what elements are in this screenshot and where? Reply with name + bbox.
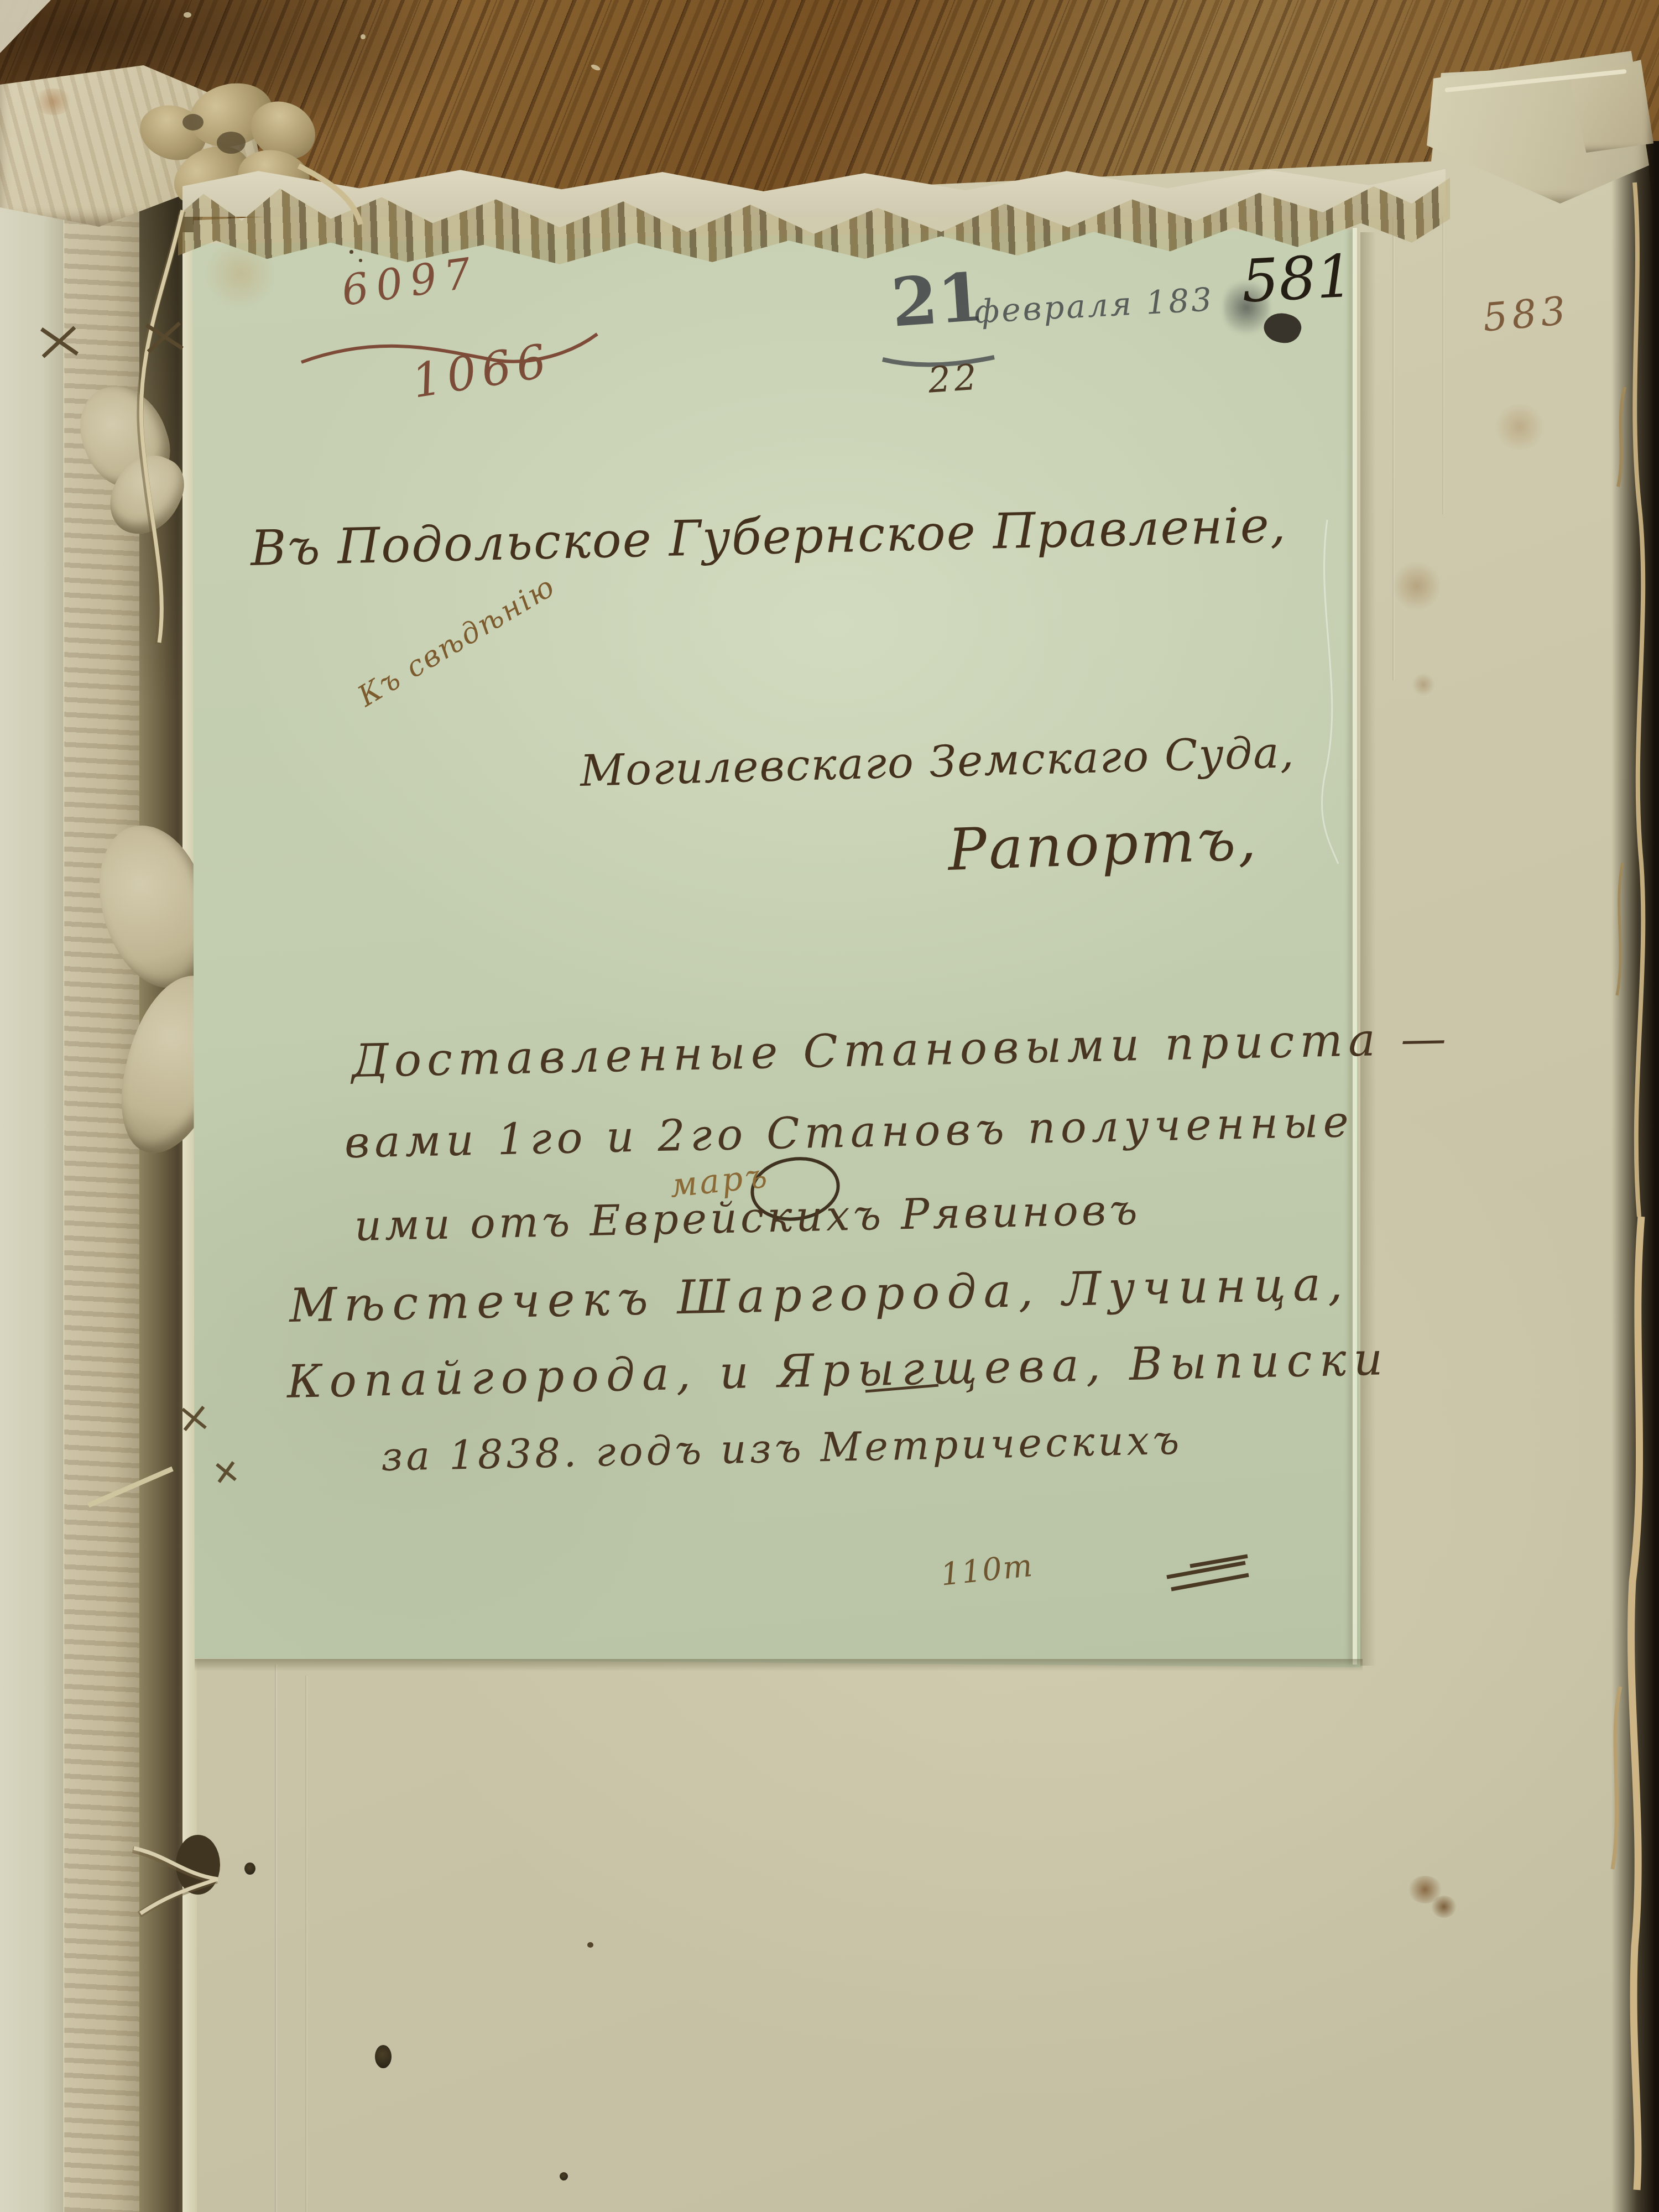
- sheet-edge-shadow: [1360, 232, 1376, 1666]
- speck: [359, 259, 362, 262]
- wormhole: [244, 1863, 255, 1875]
- date-stamp-day: 21: [889, 258, 986, 342]
- shadow-right-edge: [1611, 141, 1659, 2212]
- paper-crease: [275, 1665, 277, 2212]
- sheet-right-edge: [1353, 228, 1357, 1665]
- gutter-page-edge-outer: [0, 160, 66, 2212]
- sheet-bottom-shadow: [195, 1659, 1363, 1671]
- foxing-stain: [1411, 674, 1436, 696]
- document-title: Рапортъ,: [947, 805, 1259, 884]
- speck: [349, 250, 353, 254]
- archival-document-photo: 6097 1066 21 февраля 183 22 581 583 Въ П…: [0, 0, 1659, 2212]
- ink-stain: [1431, 1896, 1457, 1918]
- paper-crease: [305, 1676, 307, 2212]
- foxing-stain: [1493, 404, 1546, 450]
- wormhole: [375, 2045, 392, 2068]
- stamp-number-below: 22: [927, 357, 981, 401]
- rust-stain: [33, 88, 73, 115]
- speck: [587, 1942, 593, 1948]
- twine-knot-shadow: [217, 132, 246, 154]
- folio-number-current: 581: [1240, 242, 1355, 315]
- paper-crease: [1442, 182, 1444, 514]
- folio-number-next: 583: [1481, 288, 1572, 340]
- foxing-stain: [1394, 560, 1440, 613]
- twine-knot-shadow: [182, 114, 204, 131]
- paper-crease: [1392, 194, 1395, 680]
- dust-speck: [361, 34, 366, 39]
- dust-speck: [184, 12, 191, 18]
- wormhole: [560, 2172, 568, 2180]
